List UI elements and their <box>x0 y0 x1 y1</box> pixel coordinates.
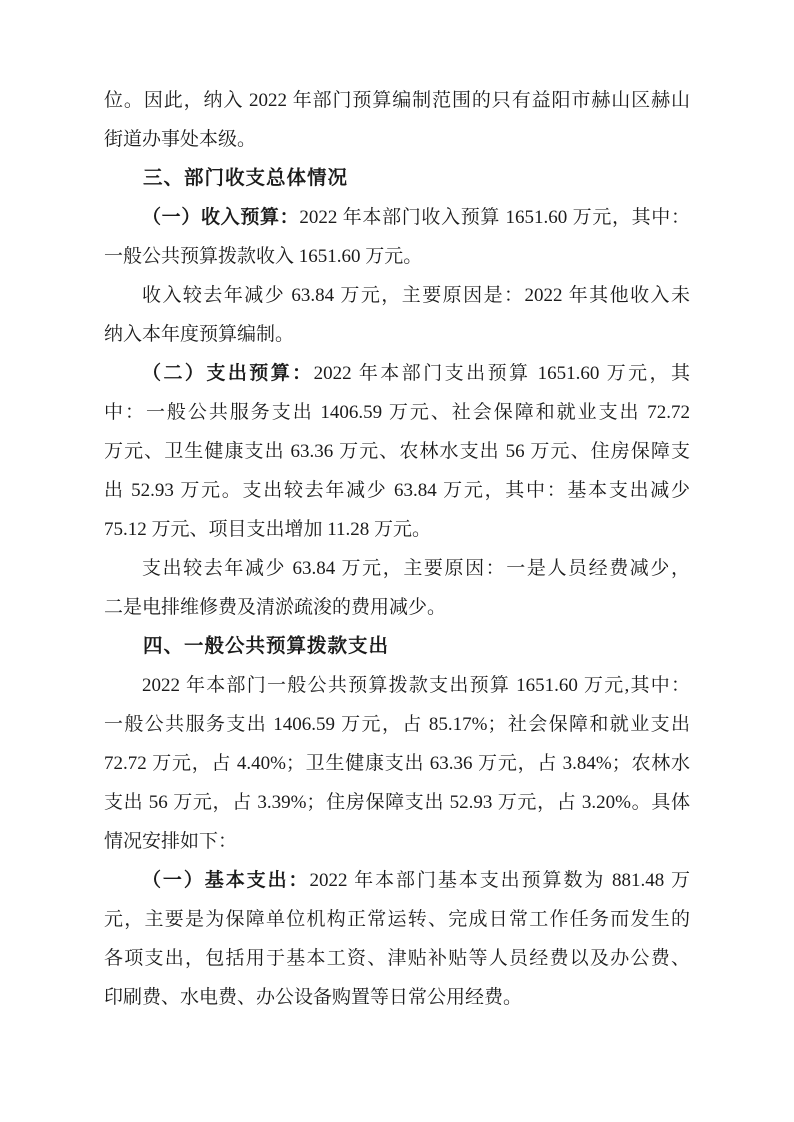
doc-line: 印刷费、水电费、办公设备购置等日常公用经费。 <box>104 978 690 1017</box>
doc-line: 75.12 万元、项目支出增加 11.28 万元。 <box>104 510 690 549</box>
doc-line-text: 情况安排如下： <box>104 831 237 852</box>
doc-line-text: 72.72 万元，占 4.40%；卫生健康支出 63.36 万元，占 3.84%… <box>104 753 690 774</box>
paragraph-lead-bold: （二）支出预算： <box>142 363 314 384</box>
doc-line-text: 二是电排维修费及清淤疏浚的费用减少。 <box>104 597 446 618</box>
doc-line: （二）支出预算：2022 年本部门支出预算 1651.60 万元，其 <box>104 354 690 393</box>
doc-line: （一）基本支出：2022 年本部门基本支出预算数为 881.48 万 <box>104 861 690 900</box>
doc-line: 街道办事处本级。 <box>104 120 690 159</box>
doc-line: 万元、卫生健康支出 63.36 万元、农林水支出 56 万元、住房保障支 <box>104 432 690 471</box>
paragraph-lead-bold: （一）收入预算： <box>142 207 299 228</box>
doc-line-text: 75.12 万元、项目支出增加 11.28 万元。 <box>104 519 431 540</box>
doc-line: 一般公共预算拨款收入 1651.60 万元。 <box>104 237 690 276</box>
doc-line-text: 纳入本年度预算编制。 <box>104 324 294 345</box>
doc-line-text: 2022 年本部门支出预算 1651.60 万元，其 <box>314 363 690 384</box>
doc-line-text: 2022 年本部门一般公共预算拨款支出预算 1651.60 万元,其中： <box>142 675 690 696</box>
doc-line-text: 元，主要是为保障单位机构正常运转、完成日常工作任务而发生的 <box>104 909 690 930</box>
doc-line: 2022 年本部门一般公共预算拨款支出预算 1651.60 万元,其中： <box>104 666 690 705</box>
doc-line: 出 52.93 万元。支出较去年减少 63.84 万元，其中：基本支出减少 <box>104 471 690 510</box>
doc-line-text: 收入较去年减少 63.84 万元，主要原因是：2022 年其他收入未 <box>142 285 690 306</box>
paragraph-lead-bold: （一）基本支出： <box>142 870 309 891</box>
doc-line-text: 各项支出，包括用于基本工资、津贴补贴等人员经费以及办公费、 <box>104 948 690 969</box>
doc-line: 位。因此，纳入 2022 年部门预算编制范围的只有益阳市赫山区赫山 <box>104 81 690 120</box>
section-heading-text: 三、部门收支总体情况 <box>143 167 348 189</box>
doc-line-text: 中：一般公共服务支出 1406.59 万元、社会保障和就业支出 72.72 <box>104 402 690 423</box>
doc-line-text: 支出较去年减少 63.84 万元，主要原因：一是人员经费减少， <box>142 558 690 579</box>
doc-line: 支出 56 万元，占 3.39%；住房保障支出 52.93 万元，占 3.20%… <box>104 783 690 822</box>
doc-line: 二是电排维修费及清淤疏浚的费用减少。 <box>104 588 690 627</box>
doc-line-text: 出 52.93 万元。支出较去年减少 63.84 万元，其中：基本支出减少 <box>104 480 690 501</box>
section-heading-3: 三、部门收支总体情况 <box>104 159 690 198</box>
doc-line-text: 一般公共预算拨款收入 1651.60 万元。 <box>104 246 422 267</box>
doc-line-text: 一般公共服务支出 1406.59 万元，占 85.17%；社会保障和就业支出 <box>104 714 690 735</box>
doc-line: 情况安排如下： <box>104 822 690 861</box>
doc-line-text: 2022 年本部门收入预算 1651.60 万元，其中： <box>299 207 690 228</box>
doc-line: 一般公共服务支出 1406.59 万元，占 85.17%；社会保障和就业支出 <box>104 705 690 744</box>
section-heading-text: 四、一般公共预算拨款支出 <box>143 635 389 657</box>
doc-line-text: 2022 年本部门基本支出预算数为 881.48 万 <box>309 870 690 891</box>
doc-line: （一）收入预算：2022 年本部门收入预算 1651.60 万元，其中： <box>104 198 690 237</box>
doc-line-text: 位。因此，纳入 2022 年部门预算编制范围的只有益阳市赫山区赫山 <box>104 90 690 111</box>
document-body: 位。因此，纳入 2022 年部门预算编制范围的只有益阳市赫山区赫山 街道办事处本… <box>104 81 690 1017</box>
doc-line: 元，主要是为保障单位机构正常运转、完成日常工作任务而发生的 <box>104 900 690 939</box>
doc-line: 收入较去年减少 63.84 万元，主要原因是：2022 年其他收入未 <box>104 276 690 315</box>
doc-line: 纳入本年度预算编制。 <box>104 315 690 354</box>
section-heading-4: 四、一般公共预算拨款支出 <box>104 627 690 666</box>
doc-line-text: 印刷费、水电费、办公设备购置等日常公用经费。 <box>104 987 522 1008</box>
doc-line-text: 万元、卫生健康支出 63.36 万元、农林水支出 56 万元、住房保障支 <box>104 441 690 462</box>
doc-line: 各项支出，包括用于基本工资、津贴补贴等人员经费以及办公费、 <box>104 939 690 978</box>
doc-line-text: 街道办事处本级。 <box>104 129 256 150</box>
doc-line-text: 支出 56 万元，占 3.39%；住房保障支出 52.93 万元，占 3.20%… <box>104 792 690 813</box>
doc-line: 72.72 万元，占 4.40%；卫生健康支出 63.36 万元，占 3.84%… <box>104 744 690 783</box>
doc-line: 支出较去年减少 63.84 万元，主要原因：一是人员经费减少， <box>104 549 690 588</box>
document-page: 位。因此，纳入 2022 年部门预算编制范围的只有益阳市赫山区赫山 街道办事处本… <box>0 0 794 1122</box>
doc-line: 中：一般公共服务支出 1406.59 万元、社会保障和就业支出 72.72 <box>104 393 690 432</box>
